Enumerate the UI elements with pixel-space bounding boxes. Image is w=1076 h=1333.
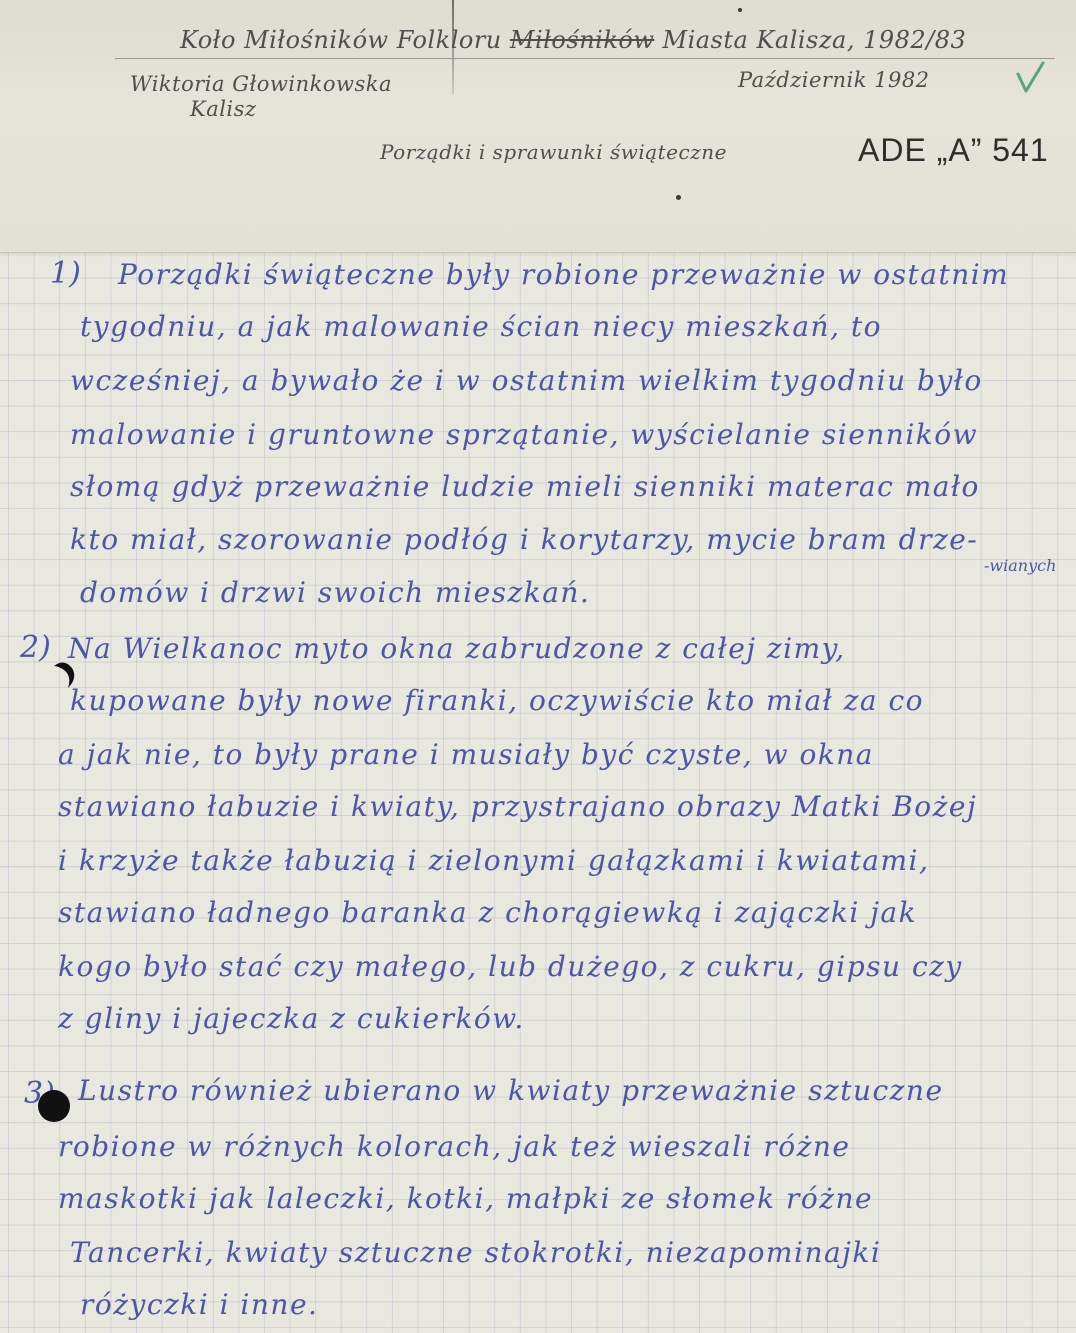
text-line: kupowane były nowe firanki, oczywiście k… — [70, 684, 924, 717]
text-line: kogo było stać czy małego, lub dużego, z… — [58, 950, 963, 983]
text-line: Tancerki, kwiaty sztuczne stokrotki, nie… — [70, 1236, 881, 1269]
punch-hole-mark — [52, 660, 76, 690]
text-line: słomą gdyż przeważnie ludzie mieli sienn… — [70, 470, 980, 503]
text-line: wcześniej, a bywało że i w ostatnim wiel… — [70, 364, 983, 397]
text-line: i krzyże także łabuzią i zielonymi gałąz… — [58, 844, 929, 877]
text-line: kto miał, szorowanie podłóg i korytarzy,… — [70, 523, 978, 556]
text-line: a jak nie, to były prane i musiały być c… — [58, 738, 874, 771]
archive-code: ADE „A” 541 — [858, 132, 1049, 169]
text-line: Na Wielkanoc myto okna zabrudzone z całe… — [68, 632, 846, 665]
text-line: robione w różnych kolorach, jak też wies… — [58, 1130, 850, 1163]
title-prefix: Koło Miłośników Folkloru — [180, 26, 502, 54]
line-continuation-note: -wianych — [984, 556, 1056, 575]
header-rule-line — [115, 58, 1055, 59]
paper-speck — [676, 195, 681, 200]
item-number: 1) — [50, 256, 81, 291]
title-struck-word: Miłośników — [510, 26, 654, 54]
paper-speck — [738, 8, 742, 12]
text-line: z gliny i jajeczka z cukierków. — [58, 1002, 525, 1035]
text-line: stawiano łabuzie i kwiaty, przystrajano … — [58, 790, 977, 823]
text-line: tygodniu, a jak malowanie ścian niecy mi… — [80, 310, 882, 343]
text-line: domów i drzwi swoich mieszkań. — [80, 576, 590, 609]
item-number: 2) — [20, 630, 51, 665]
scanned-document-page: Koło Miłośników Folkloru Miłośników Mias… — [0, 0, 1076, 1333]
text-line: Lustro również ubierano w kwiaty przeważ… — [78, 1074, 944, 1107]
document-header: Koło Miłośników Folkloru Miłośników Mias… — [0, 0, 1076, 253]
text-line: stawiano ładnego baranka z chorągiewką i… — [58, 896, 917, 929]
document-topic: Porządki i sprawunki świąteczne — [380, 140, 727, 164]
punch-hole-mark — [38, 1090, 70, 1122]
text-line: maskotki jak laleczki, kotki, małpki ze … — [58, 1182, 873, 1215]
document-date: Październik 1982 — [738, 68, 930, 92]
title-suffix: Miasta Kalisza, 1982/83 — [663, 26, 967, 54]
text-line: malowanie i gruntowne sprzątanie, wyście… — [70, 418, 978, 451]
checkmark-icon — [1015, 60, 1045, 94]
text-line: różyczki i inne. — [80, 1288, 318, 1321]
author-name: Wiktoria Głowinkowska — [130, 72, 392, 96]
author-place: Kalisz — [190, 97, 256, 121]
collection-title: Koło Miłośników Folkloru Miłośników Mias… — [180, 26, 966, 54]
text-line: Porządki świąteczne były robione przeważ… — [118, 258, 1009, 291]
